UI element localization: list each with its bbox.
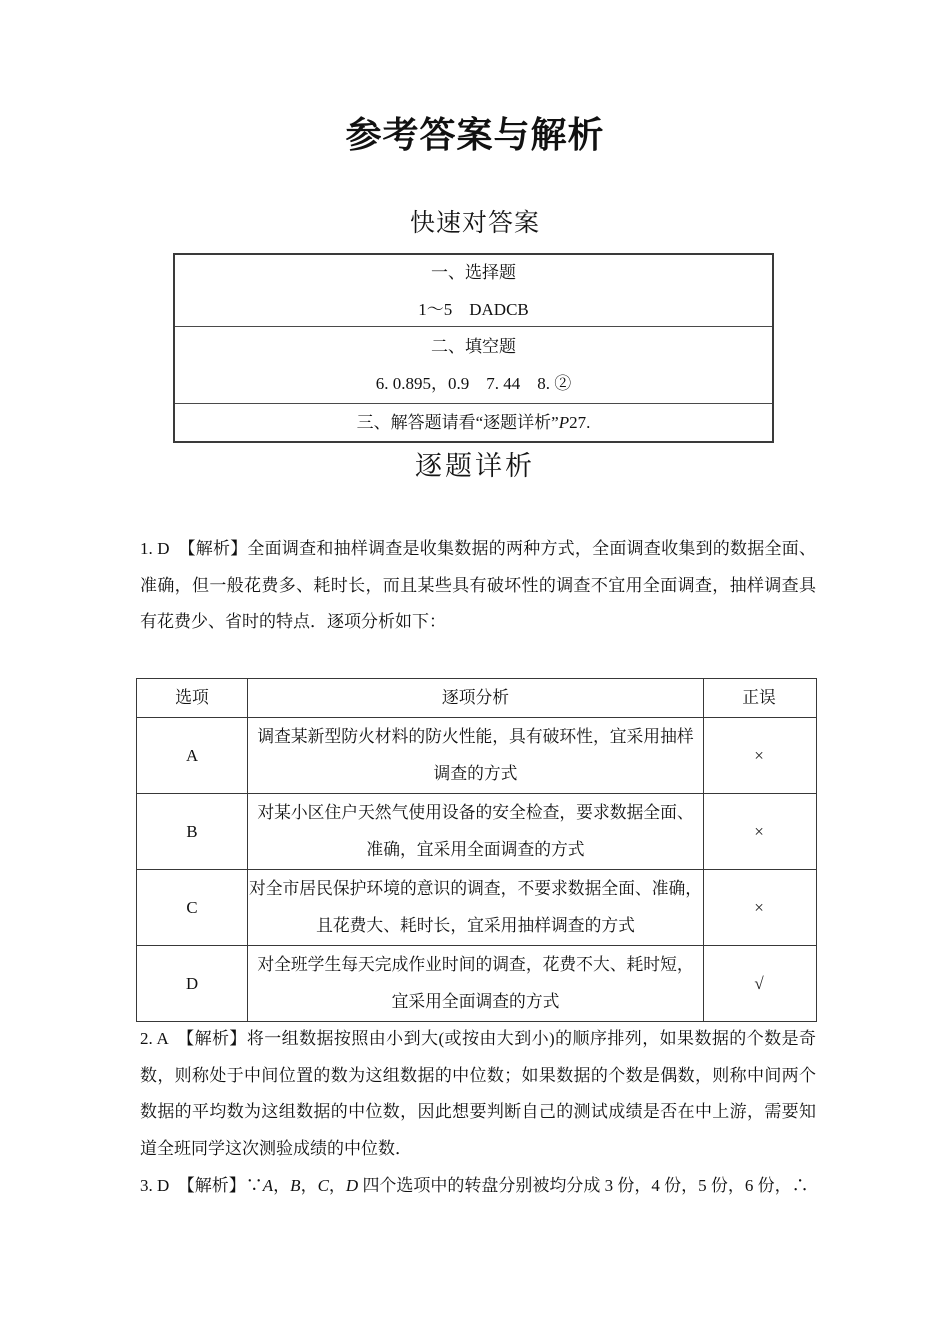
option-cell: A bbox=[137, 718, 248, 793]
option-analysis-table: 选项 逐项分析 正误 A 调查某新型防火材料的防火性能，具有破环性，宜采用抽样 … bbox=[136, 678, 817, 1022]
analysis-cell: 对某小区住户天然气使用设备的安全检查，要求数据全面、 准确，宜采用全面调查的方式 bbox=[248, 794, 704, 869]
analysis-line: 准确，宜采用全面调查的方式 bbox=[366, 831, 584, 868]
analysis-cell: 对全班学生每天完成作业时间的调查，花费不大、耗时短， 宜采用全面调查的方式 bbox=[248, 946, 704, 1021]
qa-section-answers: 6. 0.895，0.9 7. 44 8. ② bbox=[376, 365, 572, 402]
page-title: 参考答案与解析 bbox=[0, 113, 950, 157]
qa-row-fill-in-blank: 二、填空题 6. 0.895，0.9 7. 44 8. ② bbox=[175, 326, 772, 403]
qa-section-label: 一、选择题 bbox=[431, 254, 516, 291]
solution-paragraph-3: 3. D 【解析】∵A，B，C，D 四个选项中的转盘分别被均分成 3 份，4 份… bbox=[140, 1168, 816, 1205]
analysis-row-A: A 调查某新型防火材料的防火性能，具有破环性，宜采用抽样 调查的方式 × bbox=[137, 717, 816, 793]
analysis-line: 宜采用全面调查的方式 bbox=[392, 983, 560, 1020]
option-cell: C bbox=[137, 870, 248, 945]
detailed-analysis-heading: 逐题详析 bbox=[0, 449, 950, 483]
analysis-row-D: D 对全班学生每天完成作业时间的调查，花费不大、耗时短， 宜采用全面调查的方式 … bbox=[137, 945, 816, 1021]
qa-row-solutions-note: 三、解答题请看“逐题详析”P27. bbox=[175, 403, 772, 441]
analysis-line: 调查某新型防火材料的防火性能，具有破环性，宜采用抽样 bbox=[257, 718, 693, 755]
quick-answers-heading: 快速对答案 bbox=[0, 207, 950, 239]
analysis-cell: 调查某新型防火材料的防火性能，具有破环性，宜采用抽样 调查的方式 bbox=[248, 718, 704, 793]
analysis-line: 对全班学生每天完成作业时间的调查，花费不大、耗时短， bbox=[257, 946, 693, 983]
analysis-line: 调查的方式 bbox=[434, 755, 518, 792]
solution-paragraph-1: 1. D 【解析】全面调查和抽样调查是收集数据的两种方式，全面调查收集到的数据全… bbox=[140, 531, 816, 641]
analysis-cell: 对全市居民保护环境的意识的调查，不要求数据全面、准确， 且花费大、耗时长，宜采用… bbox=[248, 870, 704, 945]
option-cell: D bbox=[137, 946, 248, 1021]
solution-paragraph-2: 2. A 【解析】将一组数据按照由小到大(或按由大到小)的顺序排列，如果数据的个… bbox=[140, 1021, 816, 1168]
analysis-row-B: B 对某小区住户天然气使用设备的安全检查，要求数据全面、 准确，宜采用全面调查的… bbox=[137, 793, 816, 869]
verdict-cell: √ bbox=[704, 946, 814, 1021]
verdict-cell: × bbox=[704, 718, 814, 793]
qa-section-label: 二、填空题 bbox=[431, 328, 516, 365]
header-analysis: 逐项分析 bbox=[248, 679, 704, 717]
verdict-cell: × bbox=[704, 794, 814, 869]
analysis-line: 对某小区住户天然气使用设备的安全检查，要求数据全面、 bbox=[257, 794, 693, 831]
analysis-header-row: 选项 逐项分析 正误 bbox=[137, 679, 816, 717]
answer-key-page: 参考答案与解析 快速对答案 一、选择题 1～5 DADCB 二、填空题 6. 0… bbox=[0, 0, 950, 1344]
header-verdict: 正误 bbox=[704, 679, 814, 717]
option-cell: B bbox=[137, 794, 248, 869]
qa-row-multiple-choice: 一、选择题 1～5 DADCB bbox=[175, 255, 772, 326]
header-option: 选项 bbox=[137, 679, 248, 717]
qa-section-answers: 1～5 DADCB bbox=[418, 291, 529, 328]
analysis-row-C: C 对全市居民保护环境的意识的调查，不要求数据全面、准确， 且花费大、耗时长，宜… bbox=[137, 869, 816, 945]
qa-section-note: 三、解答题请看“逐题详析”P27. bbox=[357, 404, 591, 441]
analysis-line: 对全市居民保护环境的意识的调查，不要求数据全面、准确， bbox=[249, 870, 702, 907]
verdict-cell: × bbox=[704, 870, 814, 945]
quick-answers-table: 一、选择题 1～5 DADCB 二、填空题 6. 0.895，0.9 7. 44… bbox=[173, 253, 774, 443]
analysis-line: 且花费大、耗时长，宜采用抽样调查的方式 bbox=[316, 907, 635, 944]
